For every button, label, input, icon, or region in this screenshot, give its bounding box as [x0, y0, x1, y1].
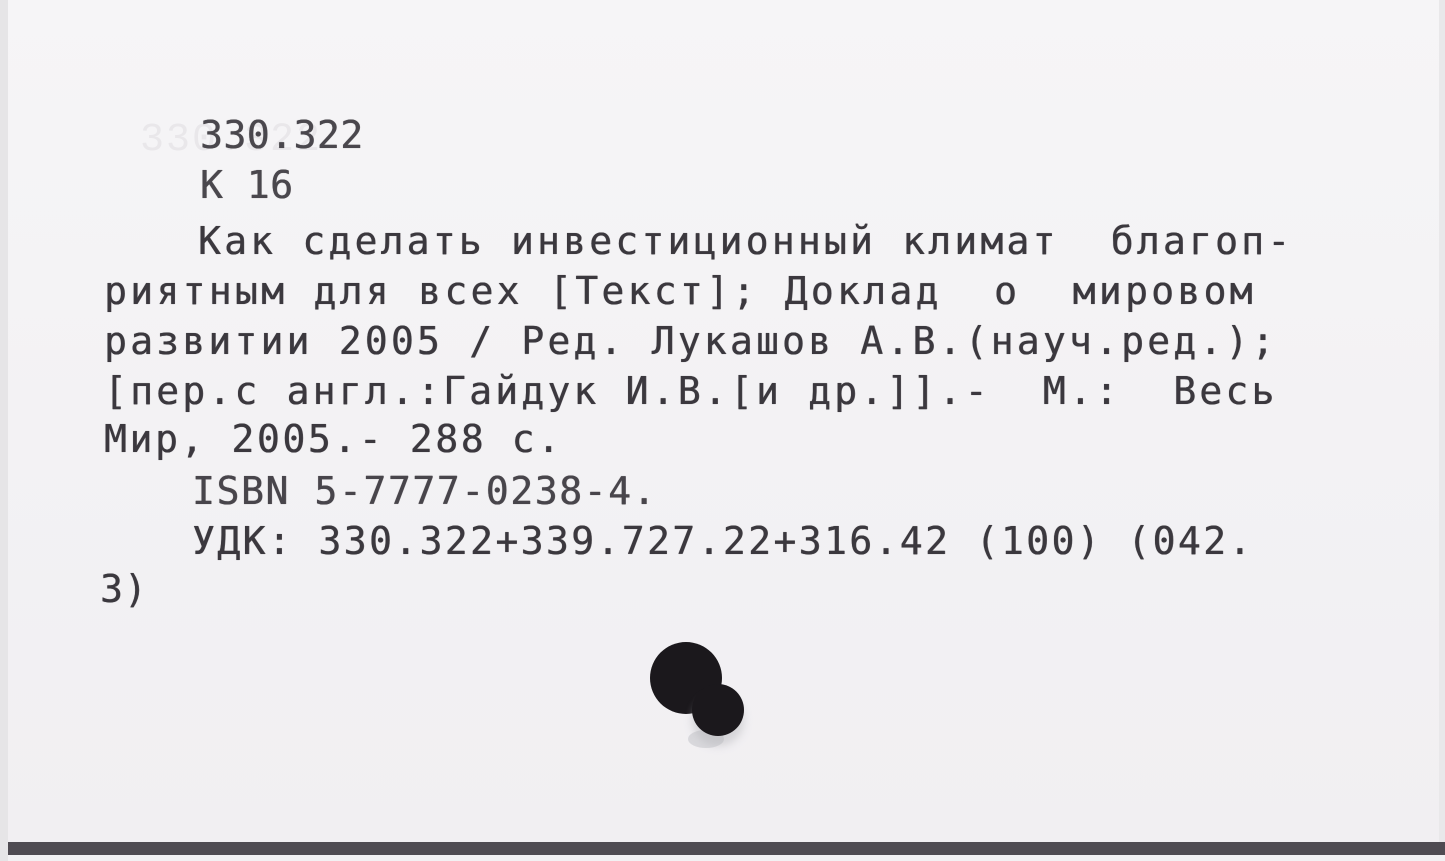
call-number: 330.322: [200, 116, 364, 154]
description-line-2: риятным для всех [Текст]; Доклад о миров…: [104, 272, 1256, 310]
hole-secondary: [692, 684, 744, 736]
scanner-left-margin: [0, 0, 8, 861]
scanned-card-image: 330.322 330.322 К 16 Как сделать инвести…: [0, 0, 1445, 861]
author-mark: К 16: [200, 166, 294, 204]
description-line-5: Мир, 2005.- 288 с.: [104, 420, 563, 458]
description-line-1: Как сделать инвестиционный климат благоп…: [198, 222, 1293, 260]
scanner-bottom-margin: [8, 855, 1445, 861]
description-line-4: [пер.с англ.:Гайдук И.В.[и др.]].- М.: В…: [104, 372, 1278, 410]
punch-hole-icon: [650, 642, 745, 752]
udc-line: УДК: 330.322+339.727.22+316.42 (100) (04…: [192, 522, 1254, 560]
description-line-3: развитии 2005 / Ред. Лукашов А.В.(науч.р…: [104, 322, 1278, 360]
isbn-line: ISBN 5-7777-0238-4.: [192, 472, 657, 510]
card-right-edge: [1439, 0, 1445, 842]
udc-continuation: 3): [100, 570, 148, 608]
card-bottom-shadow: [8, 842, 1445, 855]
